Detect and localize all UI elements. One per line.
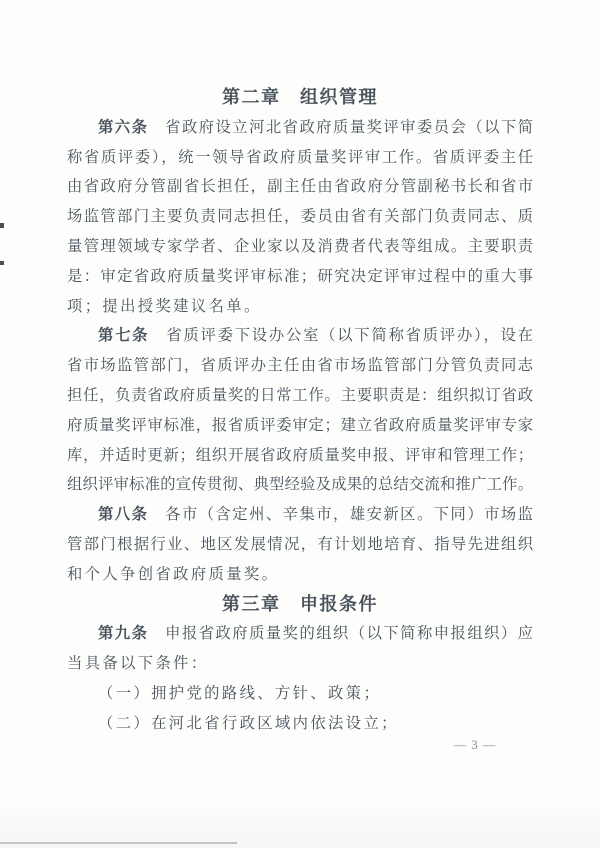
heading-text: 第三章 申报条件 <box>222 594 378 614</box>
doc-line-item-2: （二）在河北省行政区域内依法设立； <box>67 709 533 739</box>
line-text: 由省政府分管副省长担任，副主任由省政府分管副秘书长和省市 <box>67 178 533 195</box>
line-text: 当具备以下条件： <box>67 655 209 672</box>
line-text: 各市（含定州、辛集市，雄安新区。下同）市场监 <box>148 506 533 523</box>
page-number: — 3 — <box>444 738 506 753</box>
doc-line: 是：审定省政府质量奖评审标准；研究决定评审过程中的重大事 <box>67 262 533 292</box>
article-number: 第六条 <box>98 119 148 136</box>
line-text: 省质评委下设办公室（以下简称省质评办），设在 <box>149 327 533 344</box>
line-text: （一）拥护党的路线、方针、政策； <box>98 685 381 702</box>
doc-line: 量管理领域专家学者、企业家以及消费者代表等组成。主要职责 <box>67 232 533 262</box>
doc-line: 库，并适时更新；组织开展省政府质量奖申报、评审和管理工作； <box>67 441 533 471</box>
scan-edge-shadow <box>0 842 237 844</box>
doc-line: 项；提出授奖建议名单。 <box>67 292 533 322</box>
doc-line: 第六条 省政府设立河北省政府质量奖评审委员会（以下简 <box>67 113 533 143</box>
doc-line: 场监管部门主要负责同志担任，委员由省有关部门负责同志、质 <box>67 202 533 232</box>
article-number: 第九条 <box>98 625 148 642</box>
doc-line: 管部门根据行业、地区发展情况，有计划地培育、指导先进组织 <box>67 530 533 560</box>
line-text: 是：审定省政府质量奖评审标准；研究决定评审过程中的重大事 <box>67 268 533 285</box>
doc-line: 第八条 各市（含定州、辛集市，雄安新区。下同）市场监 <box>67 500 533 530</box>
line-text: 省市场监管部门，省质评办主任由省市场监管部门分管负责同志 <box>67 357 533 374</box>
document-text-column: 第二章 组织管理 第六条 省政府设立河北省政府质量奖评审委员会（以下简 称省质评… <box>67 0 533 739</box>
doc-line: 当具备以下条件： <box>67 649 533 679</box>
doc-line: 府质量奖评审标准，报省质评委审定；建立省政府质量奖评审专家 <box>67 411 533 441</box>
doc-line: 第七条 省质评委下设办公室（以下简称省质评办），设在 <box>67 321 533 351</box>
doc-line: 担任，负责省政府质量奖的日常工作。主要职责是：组织拟订省政 <box>67 381 533 411</box>
line-text: 组织评审标准的宣传贯彻、典型经验及成果的总结交流和推广工作。 <box>67 476 533 493</box>
scan-artifact-mark <box>0 223 4 228</box>
line-text: 项；提出授奖建议名单。 <box>67 298 262 315</box>
line-text: 府质量奖评审标准，报省质评委审定；建立省政府质量奖评审专家 <box>67 417 533 434</box>
line-text: （二）在河北省行政区域内依法设立； <box>98 715 399 732</box>
article-number: 第八条 <box>98 506 148 523</box>
doc-line: 组织评审标准的宣传贯彻、典型经验及成果的总结交流和推广工作。 <box>67 470 533 500</box>
line-text: 和个人争创省政府质量奖。 <box>67 566 279 583</box>
line-text: 量管理领域专家学者、企业家以及消费者代表等组成。主要职责 <box>67 238 533 255</box>
line-text: 称省质评委），统一领导省政府质量奖评审工作。省质评委主任 <box>67 149 533 166</box>
line-text: 场监管部门主要负责同志担任，委员由省有关部门负责同志、质 <box>67 208 533 225</box>
article-number: 第七条 <box>98 327 149 344</box>
line-text: 库，并适时更新；组织开展省政府质量奖申报、评审和管理工作； <box>67 447 533 464</box>
doc-line: 省市场监管部门，省质评办主任由省市场监管部门分管负责同志 <box>67 351 533 381</box>
line-text: 管部门根据行业、地区发展情况，有计划地培育、指导先进组织 <box>67 536 533 553</box>
doc-line: 和个人争创省政府质量奖。 <box>67 560 533 590</box>
doc-line: 由省政府分管副省长担任，副主任由省政府分管副秘书长和省市 <box>67 172 533 202</box>
line-text: 申报省政府质量奖的组织（以下简称申报组织）应 <box>148 625 533 642</box>
doc-line-item-1: （一）拥护党的路线、方针、政策； <box>67 679 533 709</box>
scan-bottom-tint <box>0 800 600 848</box>
chapter-3-heading: 第三章 申报条件 <box>67 590 533 620</box>
heading-text: 第二章 组织管理 <box>222 87 378 107</box>
scan-artifact-mark <box>0 261 4 265</box>
chapter-2-heading: 第二章 组织管理 <box>67 83 533 113</box>
doc-line: 称省质评委），统一领导省政府质量奖评审工作。省质评委主任 <box>67 143 533 173</box>
line-text: 省政府设立河北省政府质量奖评审委员会（以下简 <box>148 119 533 136</box>
doc-line: 第九条 申报省政府质量奖的组织（以下简称申报组织）应 <box>67 619 533 649</box>
document-page: 第二章 组织管理 第六条 省政府设立河北省政府质量奖评审委员会（以下简 称省质评… <box>0 0 600 848</box>
line-text: 担任，负责省政府质量奖的日常工作。主要职责是：组织拟订省政 <box>67 387 533 404</box>
